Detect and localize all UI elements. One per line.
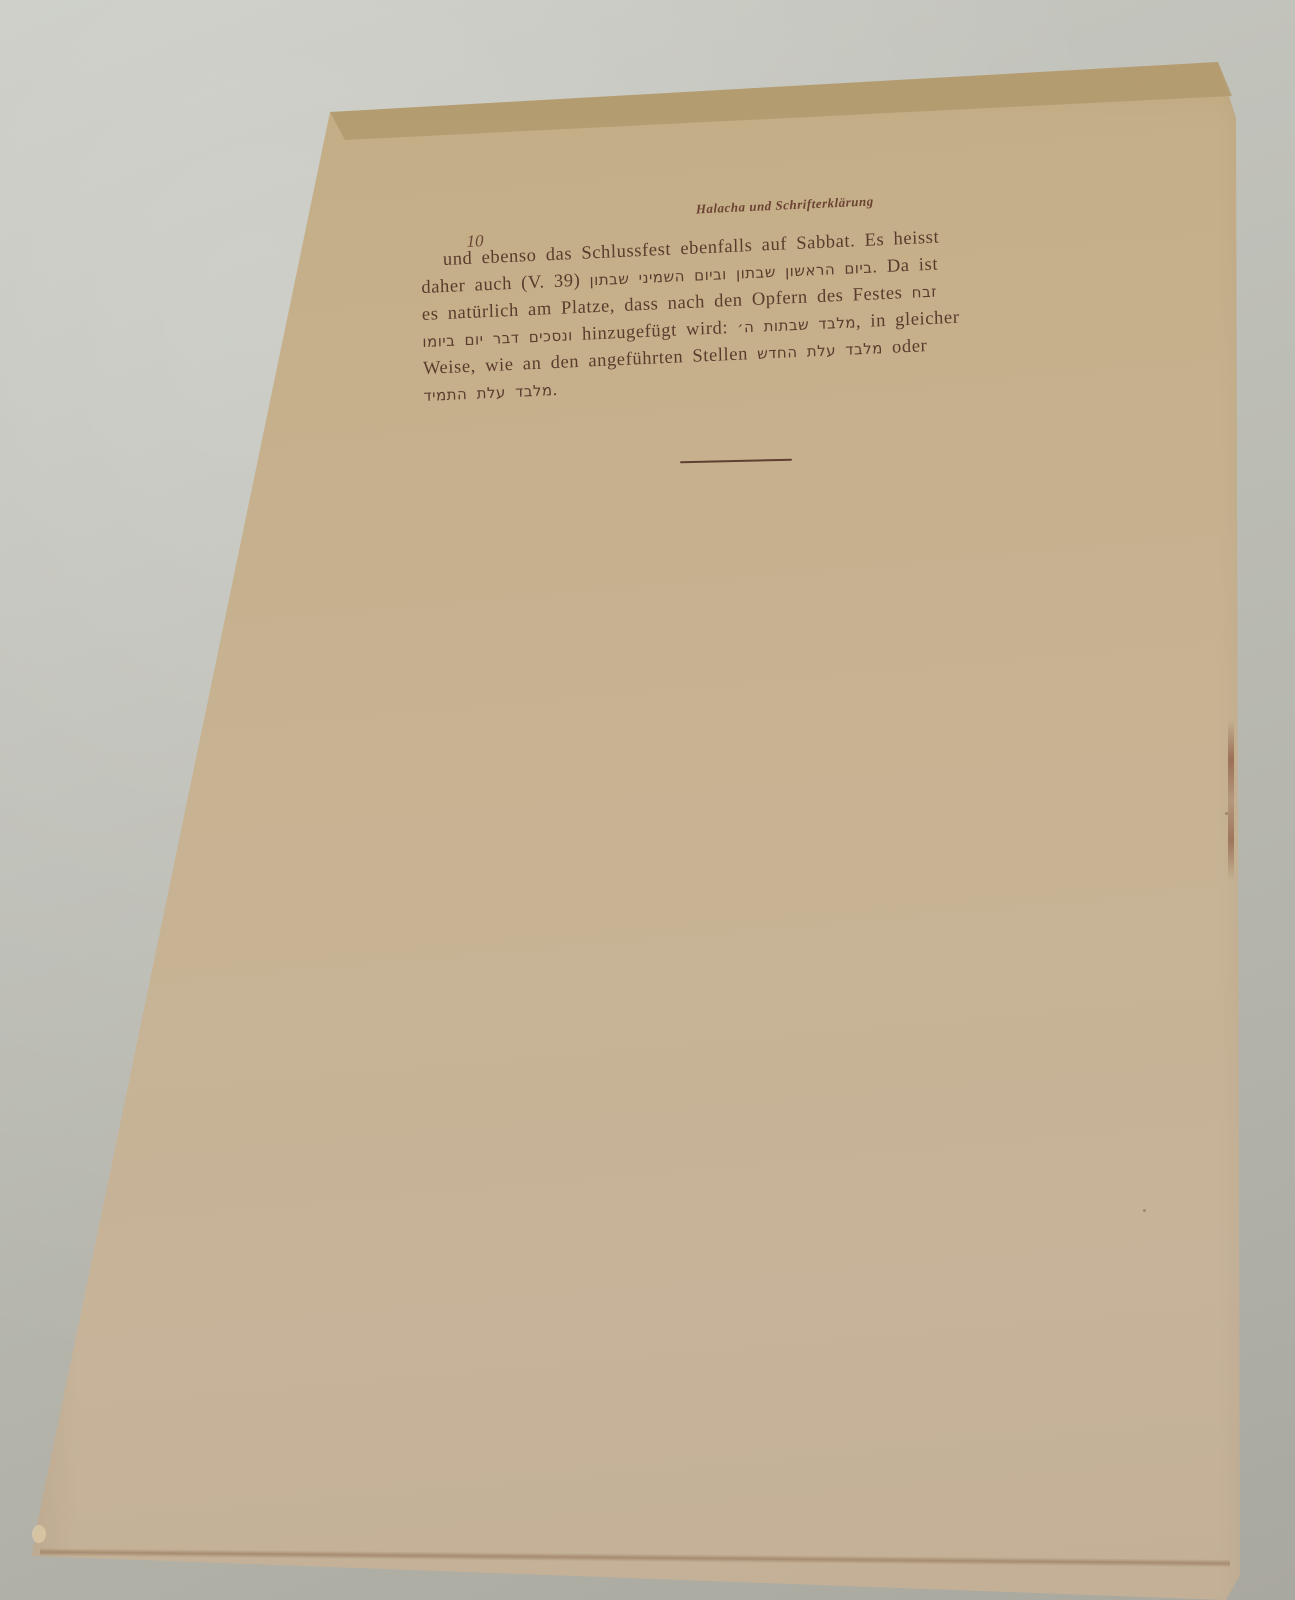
text-run: .	[552, 380, 558, 400]
hebrew-quote: ונסכים דבר יום ביומו	[422, 326, 573, 351]
hebrew-quote: מלבד שבתות ה׳	[737, 313, 856, 336]
hebrew-quote: מלבד עלת התמיד	[423, 381, 552, 405]
hebrew-quote: ביום הראשון שבתון וביום השמיני שבתון	[589, 259, 872, 290]
text-run: oder	[883, 336, 928, 358]
paper-edge-stain	[1228, 720, 1234, 880]
body-paragraph: und ebenso das Schlussfest ebenfalls auf…	[421, 218, 1093, 410]
text-run: . Da ist	[872, 255, 938, 278]
hebrew-quote: זבח	[912, 283, 937, 302]
text-run: daher auch (V. 39)	[421, 270, 590, 298]
text-run: hinzugefügt wird:	[573, 318, 738, 345]
text-run: Weise, wie an den angeführten Stellen	[423, 344, 758, 379]
text-run: , in gleicher	[856, 308, 960, 333]
foxing-spot	[1143, 1209, 1146, 1212]
hebrew-quote: מלבד עלת החדש	[757, 339, 883, 363]
printed-page-content: Halacha und Schrifterklärung 10 und eben…	[420, 184, 1093, 410]
paper-corner-chip	[32, 1525, 46, 1543]
foxing-spot	[1225, 812, 1228, 815]
